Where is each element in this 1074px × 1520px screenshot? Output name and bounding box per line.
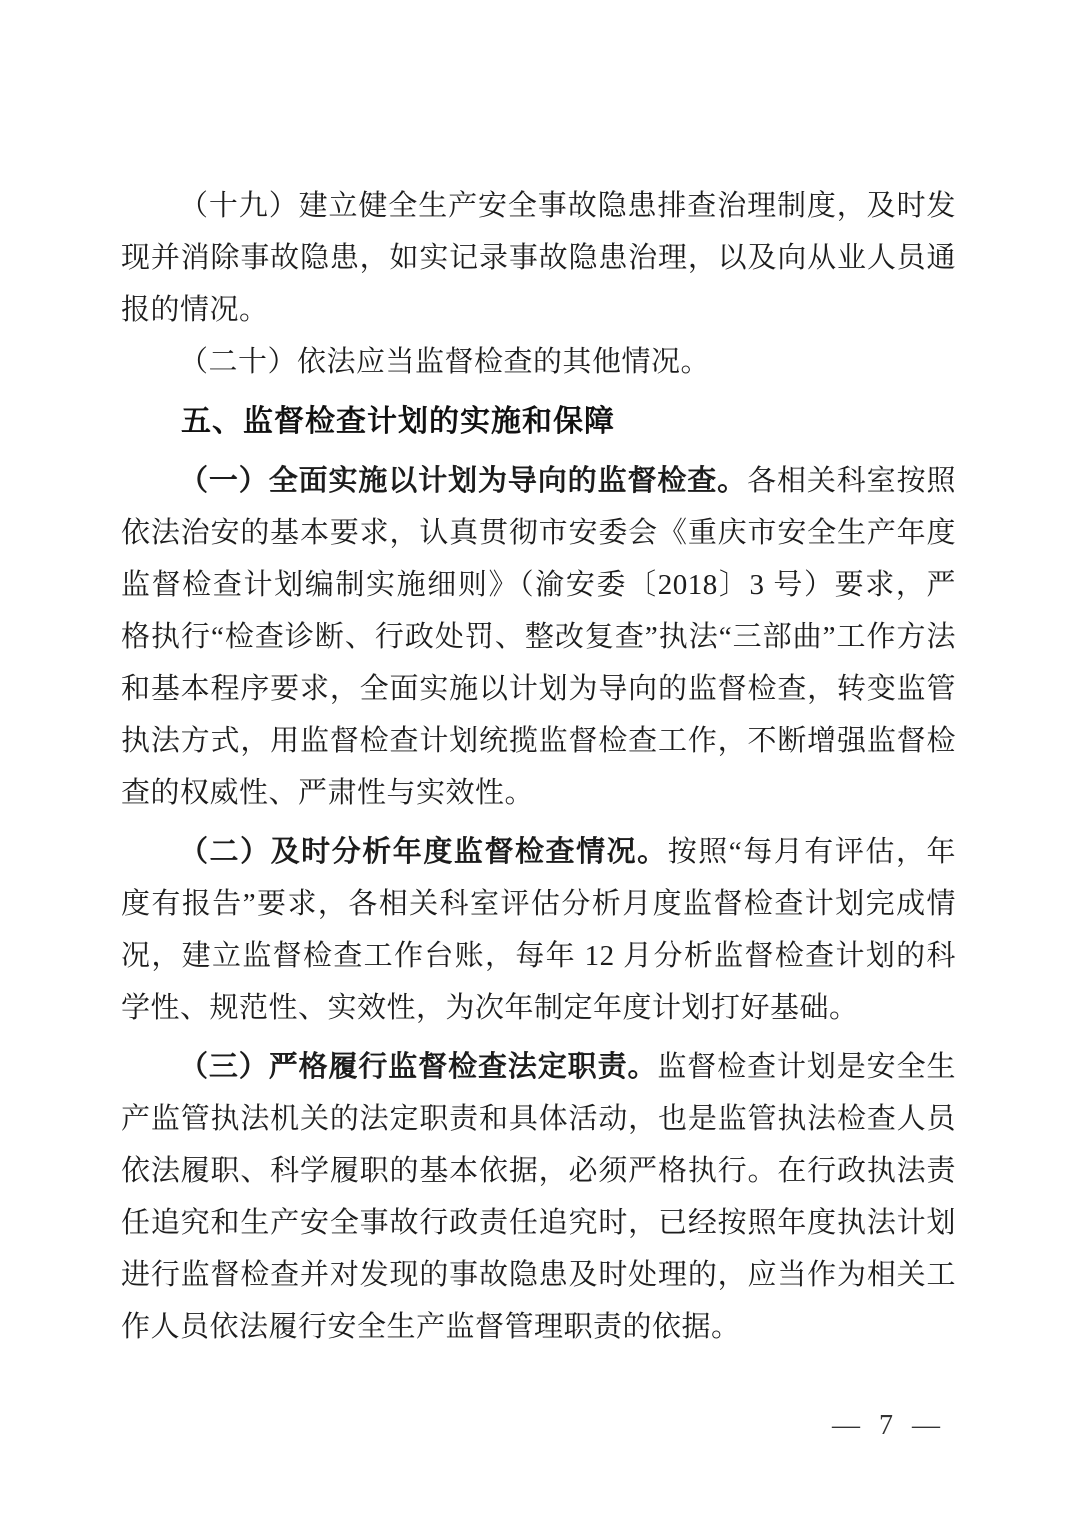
paragraph-item-2: （二）及时分析年度监督检查情况。按照“每月有评估，年度有报告”要求，各相关科室评…	[121, 826, 956, 1034]
page-number: — 7 —	[832, 1406, 946, 1446]
paragraph-item-1-lead: （一）全面实施以计划为导向的监督检查。	[179, 465, 747, 497]
section-heading-5: 五、监督检查计划的实施和保障	[121, 396, 956, 448]
document-page: （十九）建立健全生产安全事故隐患排查治理制度，及时发现并消除事故隐患，如实记录事…	[0, 0, 1074, 1520]
paragraph-item-20: （二十）依法应当监督检查的其他情况。	[121, 336, 956, 388]
paragraph-item-3-lead: （三）严格履行监督检查法定职责。	[179, 1051, 657, 1083]
paragraph-item-3: （三）严格履行监督检查法定职责。监督检查计划是安全生产监管执法机关的法定职责和具…	[121, 1041, 956, 1353]
paragraph-item-1: （一）全面实施以计划为导向的监督检查。各相关科室按照依法治安的基本要求，认真贯彻…	[121, 455, 956, 819]
paragraph-item-1-text: 各相关科室按照依法治安的基本要求，认真贯彻市安委会《重庆市安全生产年度监督检查计…	[121, 465, 956, 809]
paragraph-item-3-text: 监督检查计划是安全生产监管执法机关的法定职责和具体活动，也是监管执法检查人员依法…	[121, 1051, 956, 1343]
paragraph-item-2-lead: （二）及时分析年度监督检查情况。	[179, 836, 668, 868]
paragraph-item-19: （十九）建立健全生产安全事故隐患排查治理制度，及时发现并消除事故隐患，如实记录事…	[121, 180, 956, 336]
